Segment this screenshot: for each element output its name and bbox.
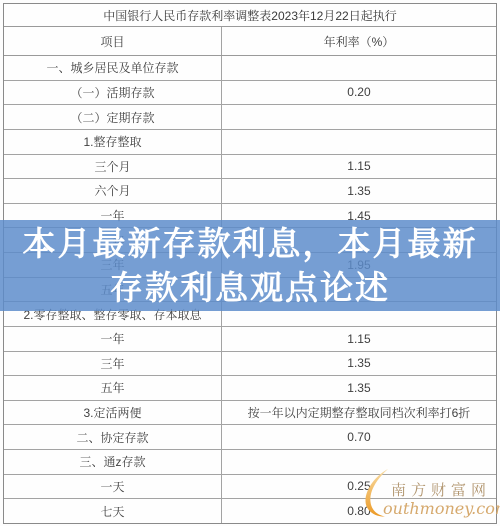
table-row: 一、城乡居民及单位存款 <box>4 56 496 81</box>
item-cell: 一年 <box>4 204 222 228</box>
rate-cell <box>222 450 496 474</box>
table-row: 七天0.80 <box>4 499 496 523</box>
table-row: 1.整存整取 <box>4 130 496 155</box>
deposit-rate-table: 中国银行人民币存款利率调整表2023年12月22日起执行 项目 年利率（%） 一… <box>3 3 497 524</box>
table-row: 一天0.25 <box>4 475 496 500</box>
item-cell: 五年 <box>4 376 222 400</box>
rate-cell: 0.20 <box>222 81 496 105</box>
table-row: 六个月1.35 <box>4 179 496 204</box>
item-cell: 三年 <box>4 352 222 376</box>
item-cell: 五年 <box>4 278 222 302</box>
table-row: 五年 <box>4 278 496 303</box>
item-cell: 一年 <box>4 327 222 351</box>
rate-cell <box>222 278 496 302</box>
rate-cell: 0.70 <box>222 425 496 449</box>
table-row: 3.定活两便按一年以内定期整存整取同档次利率打6折 <box>4 401 496 426</box>
table-row: 三个月1.15 <box>4 155 496 180</box>
item-cell: （二）定期存款 <box>4 105 222 129</box>
item-cell: 三年 <box>4 253 222 277</box>
table-row: 一年1.45 <box>4 204 496 229</box>
table-title: 中国银行人民币存款利率调整表2023年12月22日起执行 <box>4 4 496 27</box>
table-row: 2.零存整取、整存零取、存本取息 <box>4 302 496 327</box>
rate-cell: 1.45 <box>222 204 496 228</box>
table-row: 一年1.15 <box>4 327 496 352</box>
rate-cell: 0.25 <box>222 475 496 499</box>
table-row: 二、协定存款0.70 <box>4 425 496 450</box>
item-cell: 3.定活两便 <box>4 401 222 425</box>
rate-cell <box>222 56 496 80</box>
column-header-rate: 年利率（%） <box>222 27 496 55</box>
rate-cell: 按一年以内定期整存整取同档次利率打6折 <box>222 401 496 425</box>
rate-cell: 1.15 <box>222 327 496 351</box>
item-cell: 1.整存整取 <box>4 130 222 154</box>
rate-cell: 0.80 <box>222 499 496 523</box>
rate-cell <box>222 228 496 252</box>
table-row: 三、通z存款 <box>4 450 496 475</box>
rate-cell: 1.35 <box>222 376 496 400</box>
rate-cell: 1.35 <box>222 352 496 376</box>
item-cell: 二、协定存款 <box>4 425 222 449</box>
column-header-item: 项目 <box>4 27 222 55</box>
item-cell: 二年 <box>4 228 222 252</box>
item-cell: 七天 <box>4 499 222 523</box>
table-body: 一、城乡居民及单位存款（一）活期存款0.20（二）定期存款1.整存整取三个月1.… <box>4 56 496 523</box>
table-row: （一）活期存款0.20 <box>4 81 496 106</box>
item-cell: 三、通z存款 <box>4 450 222 474</box>
table-row: 三年1.35 <box>4 352 496 377</box>
item-cell: 六个月 <box>4 179 222 203</box>
rate-cell: 1.15 <box>222 155 496 179</box>
item-cell: （一）活期存款 <box>4 81 222 105</box>
rate-cell: 1.95 <box>222 253 496 277</box>
item-cell: 2.零存整取、整存零取、存本取息 <box>4 302 222 326</box>
rate-cell: 1.35 <box>222 179 496 203</box>
table-row: 二年 <box>4 228 496 253</box>
table-header-row: 项目 年利率（%） <box>4 27 496 56</box>
rate-cell <box>222 130 496 154</box>
rate-cell <box>222 302 496 326</box>
item-cell: 一天 <box>4 475 222 499</box>
table-row: 五年1.35 <box>4 376 496 401</box>
item-cell: 一、城乡居民及单位存款 <box>4 56 222 80</box>
table-row: （二）定期存款 <box>4 105 496 130</box>
item-cell: 三个月 <box>4 155 222 179</box>
table-row: 三年1.95 <box>4 253 496 278</box>
rate-table-image: 中国银行人民币存款利率调整表2023年12月22日起执行 项目 年利率（%） 一… <box>0 0 500 526</box>
rate-cell <box>222 105 496 129</box>
